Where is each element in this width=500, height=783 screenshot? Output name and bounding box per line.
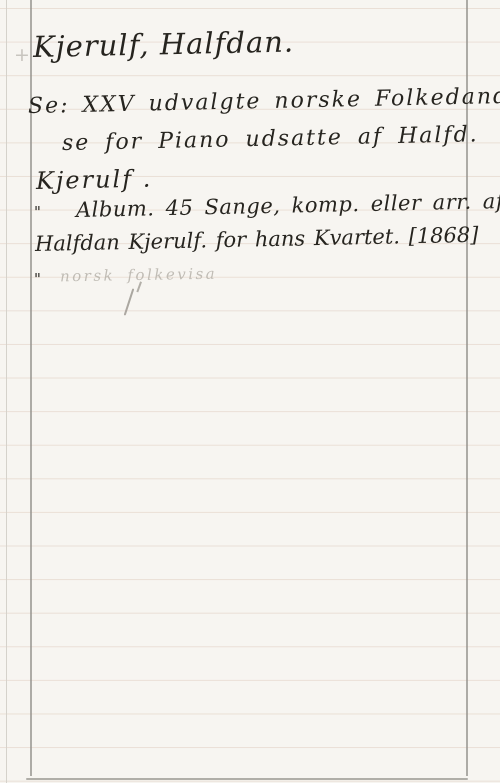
- entry-line-3: Kjerulf .: [36, 165, 153, 195]
- ditto-mark: ": [34, 203, 41, 221]
- right-margin-rule: [466, 0, 468, 776]
- entry-line-5: Halfdan Kjerulf. for hans Kvartet. [1868…: [35, 223, 479, 256]
- ditto-mark: ": [34, 270, 41, 288]
- paper-edge-line: [6, 0, 7, 783]
- entry-line-1: Se: XXV udvalgte norske Folkedand=: [28, 83, 500, 118]
- catalog-card: + Kjerulf, Halfdan. Se: XXV udvalgte nor…: [0, 0, 500, 783]
- card-heading: Kjerulf, Halfdan.: [33, 25, 295, 64]
- plus-mark: +: [14, 44, 30, 66]
- stray-pen-stroke: [124, 288, 135, 315]
- entry-line-4: Album. 45 Sange, komp. eller arr. af: [76, 189, 500, 222]
- entry-line-2: se for Piano udsatte af Halfd.: [62, 122, 479, 156]
- card-bottom-edge: [26, 778, 468, 780]
